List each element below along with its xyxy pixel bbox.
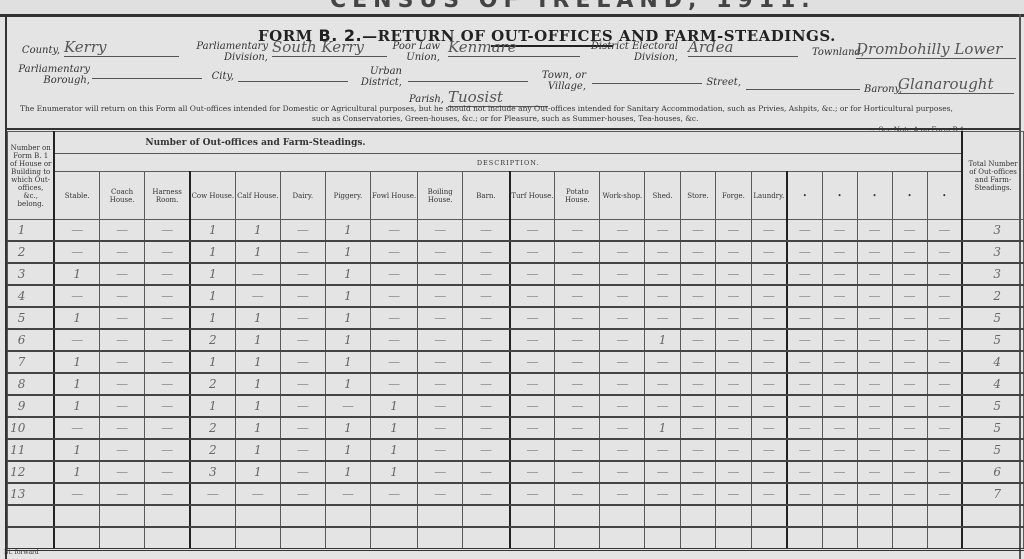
count-cell[interactable]: 1 — [54, 461, 99, 483]
count-cell[interactable]: — — [751, 220, 787, 242]
count-cell[interactable]: — — [857, 417, 892, 439]
count-cell[interactable]: — — [645, 285, 680, 307]
count-cell[interactable]: — — [716, 351, 751, 373]
count-cell[interactable]: — — [463, 241, 510, 263]
count-cell[interactable]: — — [418, 417, 463, 439]
count-cell[interactable]: — — [325, 395, 370, 417]
count-cell[interactable]: — — [857, 439, 892, 461]
count-cell[interactable] — [680, 505, 715, 527]
count-cell[interactable]: — — [822, 351, 857, 373]
count-cell[interactable]: 1 — [235, 395, 280, 417]
count-cell[interactable]: — — [892, 395, 927, 417]
count-cell[interactable]: — — [857, 307, 892, 329]
count-cell[interactable]: — — [371, 220, 418, 242]
count-cell[interactable]: — — [600, 351, 645, 373]
count-cell[interactable]: — — [145, 329, 190, 351]
count-cell[interactable]: 1 — [325, 373, 370, 395]
count-cell[interactable]: — — [463, 351, 510, 373]
count-cell[interactable]: 1 — [54, 263, 99, 285]
count-cell[interactable]: 1 — [325, 241, 370, 263]
count-cell[interactable]: — — [280, 483, 325, 505]
count-cell[interactable]: — — [751, 373, 787, 395]
count-cell[interactable]: — — [555, 461, 600, 483]
count-cell[interactable]: 1 — [190, 285, 235, 307]
count-cell[interactable]: — — [100, 241, 145, 263]
house-number-cell[interactable]: 8 — [8, 373, 55, 395]
count-cell[interactable]: — — [463, 373, 510, 395]
count-cell[interactable]: — — [822, 395, 857, 417]
count-cell[interactable] — [645, 527, 680, 550]
count-cell[interactable]: — — [716, 220, 751, 242]
count-cell[interactable]: — — [100, 483, 145, 505]
count-cell[interactable]: — — [510, 220, 555, 242]
house-number-cell[interactable]: 10 — [8, 417, 55, 439]
count-cell[interactable]: — — [555, 241, 600, 263]
count-cell[interactable]: — — [716, 439, 751, 461]
count-cell[interactable]: — — [857, 241, 892, 263]
count-cell[interactable]: — — [927, 285, 962, 307]
count-cell[interactable]: — — [463, 461, 510, 483]
count-cell[interactable]: — — [600, 307, 645, 329]
count-cell[interactable]: — — [680, 329, 715, 351]
count-cell[interactable] — [555, 527, 600, 550]
count-cell[interactable]: — — [892, 241, 927, 263]
total-cell[interactable]: 3 — [962, 220, 1023, 242]
count-cell[interactable]: — — [600, 417, 645, 439]
count-cell[interactable]: — — [751, 483, 787, 505]
count-cell[interactable]: — — [751, 329, 787, 351]
count-cell[interactable] — [510, 505, 555, 527]
count-cell[interactable] — [463, 505, 510, 527]
count-cell[interactable] — [235, 505, 280, 527]
count-cell[interactable]: — — [600, 220, 645, 242]
count-cell[interactable]: — — [892, 483, 927, 505]
count-cell[interactable]: — — [645, 263, 680, 285]
count-cell[interactable]: 1 — [190, 220, 235, 242]
house-number-cell[interactable]: 12 — [8, 461, 55, 483]
count-cell[interactable] — [371, 505, 418, 527]
count-cell[interactable]: — — [787, 351, 822, 373]
count-cell[interactable]: — — [371, 329, 418, 351]
count-cell[interactable]: — — [463, 263, 510, 285]
total-cell[interactable]: 3 — [962, 263, 1023, 285]
count-cell[interactable]: — — [680, 395, 715, 417]
count-cell[interactable] — [100, 505, 145, 527]
count-cell[interactable]: — — [927, 417, 962, 439]
count-cell[interactable]: — — [100, 439, 145, 461]
count-cell[interactable] — [892, 505, 927, 527]
count-cell[interactable] — [600, 505, 645, 527]
count-cell[interactable]: — — [645, 307, 680, 329]
count-cell[interactable]: — — [600, 263, 645, 285]
count-cell[interactable]: — — [510, 461, 555, 483]
count-cell[interactable]: 1 — [54, 439, 99, 461]
count-cell[interactable]: — — [680, 461, 715, 483]
count-cell[interactable]: — — [100, 395, 145, 417]
count-cell[interactable]: — — [145, 373, 190, 395]
count-cell[interactable]: — — [555, 351, 600, 373]
house-number-cell[interactable]: 6 — [8, 329, 55, 351]
count-cell[interactable]: — — [751, 351, 787, 373]
count-cell[interactable]: 1 — [54, 307, 99, 329]
count-cell[interactable]: — — [145, 461, 190, 483]
count-cell[interactable]: — — [600, 439, 645, 461]
count-cell[interactable] — [54, 527, 99, 550]
count-cell[interactable]: — — [371, 263, 418, 285]
count-cell[interactable]: — — [716, 461, 751, 483]
count-cell[interactable]: — — [555, 263, 600, 285]
count-cell[interactable]: — — [822, 483, 857, 505]
count-cell[interactable]: — — [463, 395, 510, 417]
count-cell[interactable]: — — [280, 241, 325, 263]
count-cell[interactable]: — — [280, 329, 325, 351]
count-cell[interactable]: — — [927, 307, 962, 329]
count-cell[interactable]: — — [600, 483, 645, 505]
count-cell[interactable]: — — [680, 220, 715, 242]
count-cell[interactable]: — — [371, 241, 418, 263]
count-cell[interactable]: 1 — [235, 241, 280, 263]
count-cell[interactable]: — — [857, 461, 892, 483]
count-cell[interactable]: — — [418, 329, 463, 351]
count-cell[interactable]: — — [510, 285, 555, 307]
count-cell[interactable]: — — [751, 263, 787, 285]
total-cell[interactable]: 7 — [962, 483, 1023, 505]
count-cell[interactable]: — — [235, 285, 280, 307]
count-cell[interactable]: 1 — [235, 220, 280, 242]
count-cell[interactable]: — — [787, 241, 822, 263]
barony-field[interactable]: Glanarought — [898, 75, 1014, 94]
count-cell[interactable]: — — [418, 395, 463, 417]
count-cell[interactable]: — — [463, 307, 510, 329]
count-cell[interactable]: — — [892, 439, 927, 461]
count-cell[interactable] — [418, 505, 463, 527]
count-cell[interactable]: 1 — [371, 461, 418, 483]
total-cell[interactable]: 5 — [962, 439, 1023, 461]
count-cell[interactable]: — — [280, 220, 325, 242]
count-cell[interactable]: — — [555, 220, 600, 242]
count-cell[interactable]: — — [145, 307, 190, 329]
count-cell[interactable]: — — [555, 439, 600, 461]
count-cell[interactable]: — — [54, 483, 99, 505]
count-cell[interactable]: — — [751, 395, 787, 417]
count-cell[interactable] — [190, 505, 235, 527]
count-cell[interactable]: — — [645, 395, 680, 417]
count-cell[interactable]: — — [555, 417, 600, 439]
count-cell[interactable]: — — [680, 483, 715, 505]
count-cell[interactable]: — — [510, 439, 555, 461]
count-cell[interactable]: — — [787, 329, 822, 351]
count-cell[interactable]: — — [927, 241, 962, 263]
count-cell[interactable]: — — [822, 461, 857, 483]
count-cell[interactable]: — — [716, 241, 751, 263]
count-cell[interactable]: — — [280, 351, 325, 373]
count-cell[interactable]: — — [235, 483, 280, 505]
count-cell[interactable]: — — [787, 417, 822, 439]
house-number-cell[interactable] — [8, 527, 55, 550]
count-cell[interactable]: — — [145, 241, 190, 263]
count-cell[interactable]: — — [857, 483, 892, 505]
count-cell[interactable]: — — [100, 351, 145, 373]
count-cell[interactable]: — — [600, 241, 645, 263]
count-cell[interactable]: 1 — [325, 220, 370, 242]
count-cell[interactable]: — — [371, 373, 418, 395]
house-number-cell[interactable]: 4 — [8, 285, 55, 307]
count-cell[interactable]: — — [645, 220, 680, 242]
count-cell[interactable]: — — [857, 395, 892, 417]
count-cell[interactable]: — — [235, 263, 280, 285]
total-cell[interactable] — [962, 527, 1023, 550]
count-cell[interactable]: — — [555, 285, 600, 307]
count-cell[interactable]: — — [463, 220, 510, 242]
count-cell[interactable]: 1 — [235, 373, 280, 395]
count-cell[interactable]: — — [100, 263, 145, 285]
parliamentary-borough-field[interactable] — [92, 77, 202, 79]
count-cell[interactable]: 1 — [235, 417, 280, 439]
count-cell[interactable]: — — [555, 329, 600, 351]
house-number-cell[interactable] — [8, 505, 55, 527]
count-cell[interactable]: — — [418, 263, 463, 285]
count-cell[interactable]: — — [787, 307, 822, 329]
count-cell[interactable]: — — [892, 417, 927, 439]
count-cell[interactable]: — — [787, 285, 822, 307]
count-cell[interactable]: — — [892, 220, 927, 242]
count-cell[interactable]: — — [280, 417, 325, 439]
count-cell[interactable] — [145, 505, 190, 527]
count-cell[interactable]: — — [463, 417, 510, 439]
count-cell[interactable]: — — [787, 395, 822, 417]
count-cell[interactable]: — — [751, 285, 787, 307]
count-cell[interactable]: — — [716, 373, 751, 395]
count-cell[interactable]: — — [822, 329, 857, 351]
count-cell[interactable]: — — [418, 461, 463, 483]
count-cell[interactable]: — — [280, 307, 325, 329]
count-cell[interactable]: — — [716, 417, 751, 439]
count-cell[interactable]: — — [418, 351, 463, 373]
count-cell[interactable]: — — [100, 307, 145, 329]
count-cell[interactable]: — — [280, 285, 325, 307]
count-cell[interactable]: — — [510, 263, 555, 285]
count-cell[interactable] — [716, 505, 751, 527]
count-cell[interactable]: — — [716, 307, 751, 329]
count-cell[interactable]: — — [716, 329, 751, 351]
poor-law-union-field[interactable]: Kenmare — [448, 38, 580, 57]
count-cell[interactable]: 1 — [190, 241, 235, 263]
count-cell[interactable]: 1 — [190, 307, 235, 329]
count-cell[interactable]: — — [555, 395, 600, 417]
count-cell[interactable]: — — [822, 263, 857, 285]
count-cell[interactable]: 3 — [190, 461, 235, 483]
count-cell[interactable]: 1 — [371, 417, 418, 439]
count-cell[interactable] — [822, 527, 857, 550]
count-cell[interactable]: 1 — [325, 329, 370, 351]
count-cell[interactable]: — — [463, 439, 510, 461]
district-electoral-division-field[interactable]: Ardea — [688, 38, 798, 57]
count-cell[interactable]: — — [680, 307, 715, 329]
count-cell[interactable]: — — [418, 439, 463, 461]
count-cell[interactable] — [680, 527, 715, 550]
count-cell[interactable]: — — [510, 329, 555, 351]
count-cell[interactable]: — — [927, 351, 962, 373]
count-cell[interactable] — [510, 527, 555, 550]
parliamentary-division-field[interactable]: South Kerry — [272, 38, 387, 57]
count-cell[interactable]: — — [371, 285, 418, 307]
count-cell[interactable]: — — [645, 439, 680, 461]
count-cell[interactable]: — — [510, 373, 555, 395]
count-cell[interactable]: 1 — [371, 439, 418, 461]
count-cell[interactable]: — — [716, 285, 751, 307]
count-cell[interactable]: — — [927, 439, 962, 461]
count-cell[interactable]: — — [645, 241, 680, 263]
count-cell[interactable]: 1 — [190, 263, 235, 285]
count-cell[interactable] — [857, 505, 892, 527]
count-cell[interactable]: — — [751, 461, 787, 483]
count-cell[interactable]: — — [371, 307, 418, 329]
street-field[interactable] — [746, 88, 860, 90]
count-cell[interactable]: — — [927, 461, 962, 483]
count-cell[interactable]: — — [555, 373, 600, 395]
count-cell[interactable] — [751, 527, 787, 550]
urban-district-field[interactable] — [408, 80, 528, 82]
count-cell[interactable]: — — [751, 417, 787, 439]
count-cell[interactable]: — — [680, 373, 715, 395]
count-cell[interactable] — [600, 527, 645, 550]
count-cell[interactable]: — — [857, 351, 892, 373]
count-cell[interactable]: — — [100, 417, 145, 439]
count-cell[interactable]: — — [510, 351, 555, 373]
count-cell[interactable]: — — [927, 263, 962, 285]
house-number-cell[interactable]: 1 — [8, 220, 55, 242]
count-cell[interactable]: 1 — [325, 285, 370, 307]
count-cell[interactable]: — — [857, 220, 892, 242]
count-cell[interactable]: — — [463, 329, 510, 351]
count-cell[interactable]: — — [418, 241, 463, 263]
count-cell[interactable]: — — [822, 439, 857, 461]
count-cell[interactable] — [892, 527, 927, 550]
count-cell[interactable]: — — [54, 241, 99, 263]
count-cell[interactable]: 1 — [235, 329, 280, 351]
count-cell[interactable]: — — [927, 395, 962, 417]
count-cell[interactable] — [280, 527, 325, 550]
count-cell[interactable]: — — [418, 307, 463, 329]
count-cell[interactable]: 1 — [645, 417, 680, 439]
count-cell[interactable]: — — [787, 373, 822, 395]
count-cell[interactable]: — — [100, 329, 145, 351]
count-cell[interactable]: 1 — [54, 395, 99, 417]
count-cell[interactable]: — — [510, 241, 555, 263]
count-cell[interactable]: — — [418, 220, 463, 242]
count-cell[interactable] — [555, 505, 600, 527]
count-cell[interactable]: — — [892, 351, 927, 373]
count-cell[interactable] — [857, 527, 892, 550]
house-number-cell[interactable]: 5 — [8, 307, 55, 329]
count-cell[interactable]: — — [145, 417, 190, 439]
count-cell[interactable]: 1 — [325, 307, 370, 329]
count-cell[interactable]: — — [418, 373, 463, 395]
count-cell[interactable]: 2 — [190, 417, 235, 439]
count-cell[interactable]: — — [510, 417, 555, 439]
count-cell[interactable]: — — [418, 285, 463, 307]
total-cell[interactable]: 5 — [962, 395, 1023, 417]
count-cell[interactable]: — — [751, 241, 787, 263]
count-cell[interactable] — [190, 527, 235, 550]
house-number-cell[interactable]: 3 — [8, 263, 55, 285]
count-cell[interactable]: — — [645, 461, 680, 483]
count-cell[interactable]: — — [822, 285, 857, 307]
count-cell[interactable]: 1 — [235, 461, 280, 483]
count-cell[interactable]: — — [54, 329, 99, 351]
total-cell[interactable]: 5 — [962, 329, 1023, 351]
count-cell[interactable]: — — [822, 417, 857, 439]
house-number-cell[interactable]: 11 — [8, 439, 55, 461]
count-cell[interactable] — [645, 505, 680, 527]
count-cell[interactable]: — — [555, 307, 600, 329]
total-cell[interactable]: 4 — [962, 351, 1023, 373]
town-village-field[interactable] — [592, 82, 702, 84]
count-cell[interactable] — [54, 505, 99, 527]
house-number-cell[interactable]: 9 — [8, 395, 55, 417]
house-number-cell[interactable]: 7 — [8, 351, 55, 373]
count-cell[interactable]: 1 — [190, 351, 235, 373]
count-cell[interactable]: — — [787, 263, 822, 285]
count-cell[interactable]: 1 — [325, 417, 370, 439]
count-cell[interactable]: — — [54, 220, 99, 242]
count-cell[interactable]: — — [787, 483, 822, 505]
count-cell[interactable]: — — [716, 263, 751, 285]
count-cell[interactable]: 1 — [235, 439, 280, 461]
count-cell[interactable]: — — [680, 263, 715, 285]
count-cell[interactable]: — — [145, 351, 190, 373]
count-cell[interactable]: — — [510, 307, 555, 329]
count-cell[interactable] — [716, 527, 751, 550]
count-cell[interactable]: — — [600, 395, 645, 417]
count-cell[interactable]: — — [463, 285, 510, 307]
count-cell[interactable]: — — [787, 220, 822, 242]
count-cell[interactable] — [751, 505, 787, 527]
house-number-cell[interactable]: 2 — [8, 241, 55, 263]
count-cell[interactable] — [787, 505, 822, 527]
count-cell[interactable]: 2 — [190, 439, 235, 461]
count-cell[interactable]: — — [371, 483, 418, 505]
count-cell[interactable] — [325, 505, 370, 527]
count-cell[interactable]: — — [645, 373, 680, 395]
count-cell[interactable]: 2 — [190, 373, 235, 395]
count-cell[interactable]: — — [510, 483, 555, 505]
count-cell[interactable]: — — [280, 263, 325, 285]
count-cell[interactable]: — — [822, 373, 857, 395]
count-cell[interactable]: 1 — [325, 461, 370, 483]
count-cell[interactable]: — — [371, 351, 418, 373]
count-cell[interactable]: — — [927, 483, 962, 505]
total-cell[interactable]: 4 — [962, 373, 1023, 395]
total-cell[interactable]: 6 — [962, 461, 1023, 483]
count-cell[interactable]: — — [463, 483, 510, 505]
total-cell[interactable] — [962, 505, 1023, 527]
count-cell[interactable]: — — [716, 395, 751, 417]
count-cell[interactable]: — — [54, 285, 99, 307]
count-cell[interactable]: 1 — [190, 395, 235, 417]
count-cell[interactable]: — — [280, 395, 325, 417]
count-cell[interactable]: — — [892, 285, 927, 307]
count-cell[interactable]: 1 — [645, 329, 680, 351]
count-cell[interactable]: — — [645, 483, 680, 505]
count-cell[interactable]: — — [325, 483, 370, 505]
count-cell[interactable]: — — [54, 417, 99, 439]
count-cell[interactable]: — — [857, 329, 892, 351]
count-cell[interactable]: 1 — [325, 351, 370, 373]
count-cell[interactable]: — — [822, 307, 857, 329]
count-cell[interactable]: — — [892, 307, 927, 329]
count-cell[interactable] — [463, 527, 510, 550]
